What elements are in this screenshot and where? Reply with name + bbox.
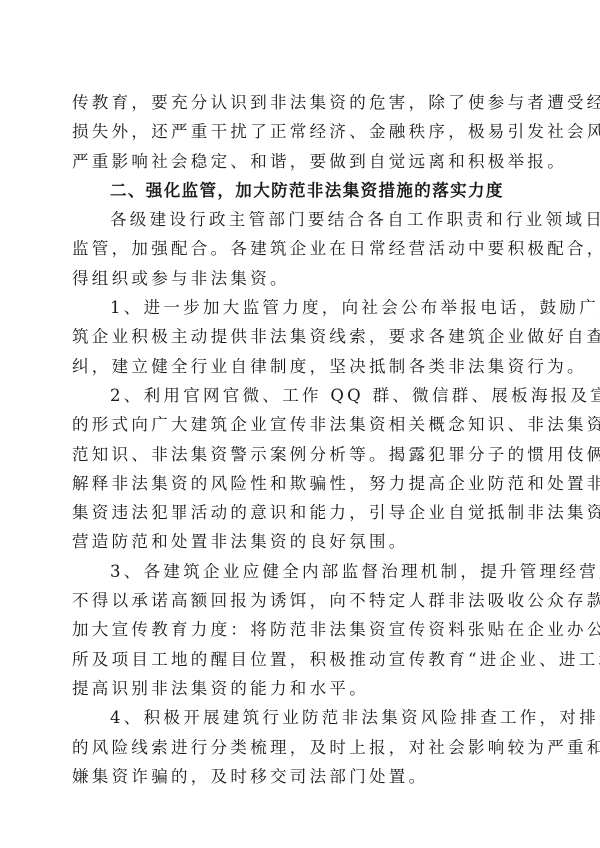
text-line: 集资违法犯罪活动的意识和能力，引导企业自觉抵制非法集资，: [72, 498, 536, 527]
text-line: 监管，加强配合。各建筑企业在日常经营活动中要积极配合，不: [72, 234, 536, 263]
document-page: 传教育，要充分认识到非法集资的危害，除了使参与者遭受经济 损失外，还严重干扰了正…: [72, 88, 536, 791]
text-line: 解释非法集资的风险性和欺骗性，努力提高企业防范和处置非法: [72, 469, 536, 498]
list-item-4: 4、积极开展建筑行业防范非法集资风险排查工作，对排查出: [72, 703, 536, 732]
text-line: 范知识、非法集资警示案例分析等。揭露犯罪分子的惯用伎俩，: [72, 440, 536, 469]
list-item-1: 1、进一步加大监管力度，向社会公布举报电话，鼓励广大建: [72, 293, 536, 322]
text-line: 纠，建立健全行业自律制度，坚决抵制各类非法集资行为。: [72, 352, 536, 381]
text-line: 得组织或参与非法集资。: [72, 264, 536, 293]
list-item-2: 2、利用官网官微、工作 QQ 群、微信群、展板海报及宣传会: [72, 381, 536, 410]
text-line: 各级建设行政主管部门要结合各自工作职责和行业领域日常: [72, 205, 536, 234]
text-line: 筑企业积极主动提供非法集资线索，要求各建筑企业做好自查自: [72, 322, 536, 351]
text-line: 的形式向广大建筑企业宣传非法集资相关概念知识、非法集资防: [72, 410, 536, 439]
text-line: 嫌集资诈骗的，及时移交司法部门处置。: [72, 762, 536, 791]
text-line: 的风险线索进行分类梳理，及时上报，对社会影响较为严重和涉: [72, 733, 536, 762]
text-line: 所及项目工地的醒目位置，积极推动宣传教育“进企业、进工地”，: [72, 645, 536, 674]
text-line: 营造防范和处置非法集资的良好氛围。: [72, 527, 536, 556]
text-line: 加大宣传教育力度：将防范非法集资宣传资料张贴在企业办公场: [72, 615, 536, 644]
text-line: 严重影响社会稳定、和谐，要做到自觉远离和积极举报。: [72, 147, 536, 176]
text-line: 传教育，要充分认识到非法集资的危害，除了使参与者遭受经济: [72, 88, 536, 117]
list-item-3: 3、各建筑企业应健全内部监督治理机制，提升管理经营质效，: [72, 557, 536, 586]
text-line: 不得以承诺高额回报为诱饵，向不特定人群非法吸收公众存款。: [72, 586, 536, 615]
text-line: 损失外，还严重干扰了正常经济、金融秩序，极易引发社会风险、: [72, 117, 536, 146]
text-line: 提高识别非法集资的能力和水平。: [72, 674, 536, 703]
section-heading: 二、强化监管，加大防范非法集资措施的落实力度: [72, 176, 536, 205]
